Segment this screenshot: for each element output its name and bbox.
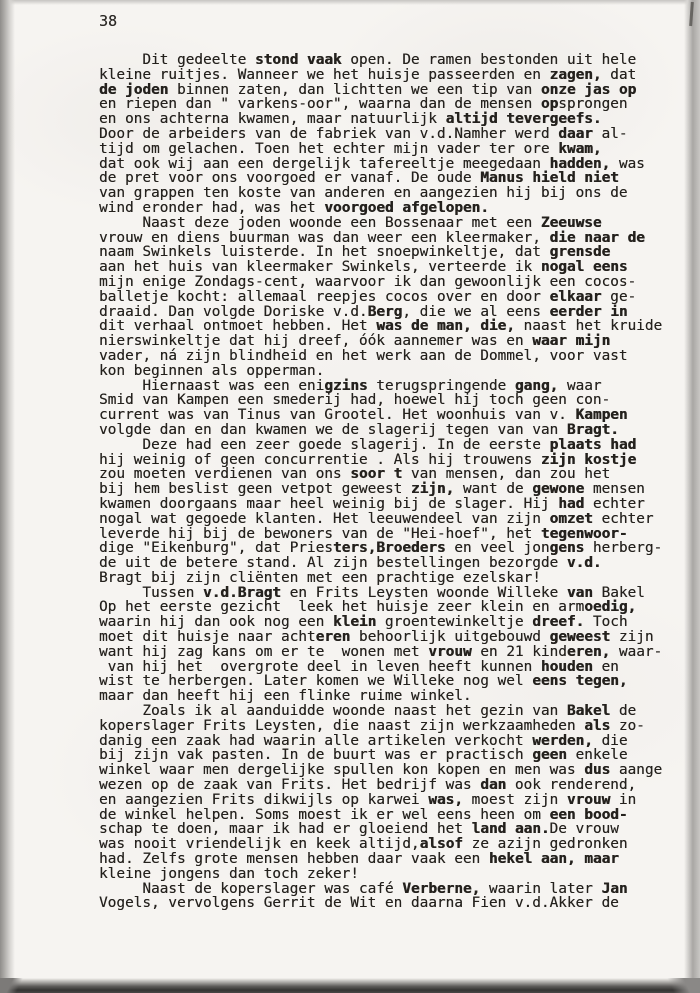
text-line: vrouw en diens buurman was dan weer een … (99, 231, 662, 246)
text-line: dit verhaal ontmoet hebben. Het was de m… (99, 319, 662, 334)
text-line: current was van Tinus van Grootel. Het w… (99, 408, 662, 423)
text-line: Hiernaast was een enigzins terugspringen… (99, 379, 662, 394)
text-line: koperslager Frits Leysten, die naast zij… (99, 719, 662, 734)
text-line: want hij zag kans om er te wonen met vro… (99, 645, 662, 660)
text-line: bij hem beslist geen vetpot geweest zijn… (99, 482, 662, 497)
text-line: danig een zaak had waarin alle artikelen… (99, 734, 662, 749)
text-line: kon beginnen als opperman. (99, 364, 662, 379)
text-line: naam Swinkels luisterde. In het snoepwin… (99, 245, 662, 260)
text-line: Naast de koperslager was café Verberne, … (99, 882, 662, 897)
text-line: kleine jongens dan toch zeker! (99, 867, 662, 882)
text-line: van grappen ten koste van anderen en aan… (99, 186, 662, 201)
text-line: was nooit vriendelijk en keek altijd,als… (99, 837, 662, 852)
text-line: mijn enige Zondags-cent, waarvoor ik dan… (99, 275, 662, 290)
text-line: Op het eerste gezicht leek het huisje ze… (99, 600, 662, 615)
text-line: wind eronder had, was het voorgoed afgel… (99, 201, 662, 216)
text-line: de pret voor ons voorgoed er vanaf. De o… (99, 171, 662, 186)
scan-edge-bottom (0, 978, 700, 993)
text-line: de joden binnen zaten, dan lichtten we e… (99, 83, 662, 98)
text-line: wezen op de zaak van Frits. Het bedrijf … (99, 778, 662, 793)
text-line: balletje kocht: allemaal reepjes cocos o… (99, 290, 662, 305)
text-line: de uit de betere stand. Al zijn bestelli… (99, 556, 662, 571)
text-line: aan het huis van kleermaker Swinkels, ve… (99, 260, 662, 275)
text-line: en aangezien Frits dikwijls op karwei wa… (99, 793, 662, 808)
text-line: Door de arbeiders van de fabriek van v.d… (99, 127, 662, 142)
text-line: Tussen v.d.Bragt en Frits Leysten woonde… (99, 586, 662, 601)
text-line: schap te doen, maar ik had er gloeiend h… (99, 822, 662, 837)
text-line: Zoals ik al aanduidde woonde naast het g… (99, 704, 662, 719)
text-line: maar dan heeft hij een flinke ruime wink… (99, 689, 662, 704)
text-line: dat ook wij aan een dergelijk tafereeltj… (99, 157, 662, 172)
text-line: Vogels, vervolgens Gerrit de Wit en daar… (99, 896, 662, 911)
text-line: wist te herbergen. Later komen we Willek… (99, 674, 662, 689)
scan-corner-bevel-right (660, 978, 700, 993)
text-line: dige "Eikenburg", dat Priesters,Broeders… (99, 541, 662, 556)
text-line: Bragt bij zijn cliënten met een prachtig… (99, 571, 662, 586)
scan-corner-bevel-left (0, 978, 26, 993)
text-line: en ons achterna kwamen, maar natuurlijk … (99, 112, 662, 127)
text-line: volgde dan en dan kwamen we de slagerij … (99, 423, 662, 438)
text-line: van hij het overgrote deel in leven heef… (99, 660, 662, 675)
text-line: Dit gedeelte stond vaak open. De ramen b… (99, 53, 662, 68)
text-line: vader, ná zijn blindheid en het werk aan… (99, 349, 662, 364)
scanned-page: { "colors": { "paper": "#f6f4f1", "ink":… (0, 0, 700, 993)
text-line: kleine ruitjes. Wanneer we het huisje pa… (99, 68, 662, 83)
scan-edge-right (684, 0, 700, 993)
text-line: kwamen doorgaans maar heel weinig bij de… (99, 497, 662, 512)
text-line: zou moeten verdienen van ons soor t van … (99, 467, 662, 482)
text-line: nierswinkeltje dat hij dreef, óók aannem… (99, 334, 662, 349)
text-line: de winkel helpen. Soms moest ik er wel e… (99, 808, 662, 823)
text-line: waarin hij dan ook nog een klein groente… (99, 615, 662, 630)
text-line: moet dit huisje naar achteren behoorlijk… (99, 630, 662, 645)
text-line: Naast deze joden woonde een Bossenaar me… (99, 216, 662, 231)
page-number: 38 (99, 12, 117, 30)
text-line: winkel waar men dergelijke spullen kon k… (99, 763, 662, 778)
scan-edge-top (0, 0, 700, 5)
text-line: leverde hij bij de bewoners van de "Hei-… (99, 527, 662, 542)
text-line: tijd om gelachen. Toen het echter mijn v… (99, 142, 662, 157)
text-line: hij weinig of geen concurrentie . Als hi… (99, 453, 662, 468)
scan-edge-left (0, 0, 15, 993)
text-line: bij zijn vak pasten. In de buurt was er … (99, 748, 662, 763)
text-line: draaid. Dan volgde Doriske v.d.Berg, die… (99, 305, 662, 320)
text-line: nogal wat gegoede klanten. Het leeuwende… (99, 512, 662, 527)
page-text: Dit gedeelte stond vaak open. De ramen b… (99, 53, 662, 911)
text-line: had. Zelfs grote mensen hebben daar vaak… (99, 852, 662, 867)
text-line: Smid van Kampen een smederij had, hoewel… (99, 393, 662, 408)
text-line: Deze had een zeer goede slagerij. In de … (99, 438, 662, 453)
text-line: en riepen dan " varkens-oor", waarna dan… (99, 97, 662, 112)
